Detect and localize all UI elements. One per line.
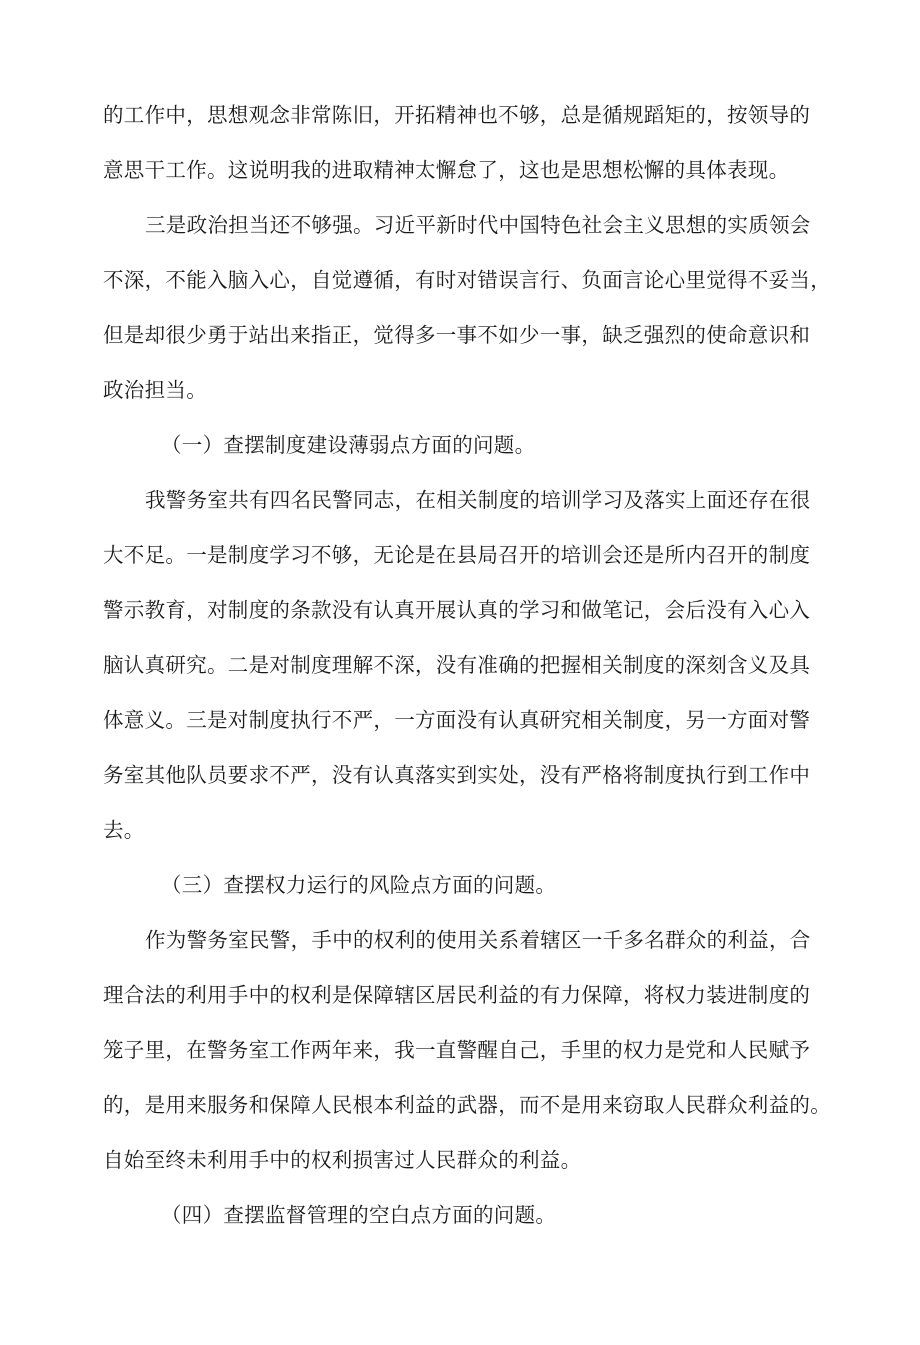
paragraph-political-responsibility: 三是政治担当还不够强。习近平新时代中国特色社会主义思想的实质领会 不深，不能入脑… xyxy=(103,206,823,426)
text-line: 自始至终未利用手中的权利损害过人民群众的利益。 xyxy=(103,1141,823,1196)
text-line: 理合法的利用手中的权利是保障辖区居民利益的有力保障，将权力装进制度的 xyxy=(103,976,823,1031)
text-line: 的，是用来服务和保障人民根本利益的武器，而不是用来窃取人民群众利益的。 xyxy=(103,1086,823,1141)
text-line: 三是政治担当还不够强。习近平新时代中国特色社会主义思想的实质领会 xyxy=(103,206,823,261)
text-line: 政治担当。 xyxy=(103,371,823,426)
section-heading-power-risk: （三）查摆权力运行的风险点方面的问题。 xyxy=(103,866,823,921)
text-line: 脑认真研究。二是对制度理解不深，没有准确的把握相关制度的深刻含义及具 xyxy=(103,646,823,701)
paragraph-system-building: 我警务室共有四名民警同志，在相关制度的培训学习及落实上面还存在很 大不足。一是制… xyxy=(103,481,823,866)
text-line: 去。 xyxy=(103,811,823,866)
section-heading-system-building: （一）查摆制度建设薄弱点方面的问题。 xyxy=(103,426,823,481)
text-line: 的工作中，思想观念非常陈旧，开拓精神也不够，总是循规蹈矩的，按领导的 xyxy=(103,96,823,151)
text-line: 务室其他队员要求不严，没有认真落实到实处，没有严格将制度执行到工作中 xyxy=(103,756,823,811)
text-line: 但是却很少勇于站出来指正，觉得多一事不如少一事，缺乏强烈的使命意识和 xyxy=(103,316,823,371)
text-line: 体意义。三是对制度执行不严，一方面没有认真研究相关制度，另一方面对警 xyxy=(103,701,823,756)
text-line: 作为警务室民警，手中的权利的使用关系着辖区一千多名群众的利益，合 xyxy=(103,921,823,976)
text-line: 笼子里，在警务室工作两年来，我一直警醒自己，手里的权力是党和人民赋予 xyxy=(103,1031,823,1086)
heading-text: （一）查摆制度建设薄弱点方面的问题。 xyxy=(103,426,823,481)
text-line: 我警务室共有四名民警同志，在相关制度的培训学习及落实上面还存在很 xyxy=(103,481,823,536)
paragraph-continuation: 的工作中，思想观念非常陈旧，开拓精神也不够，总是循规蹈矩的，按领导的 意思干工作… xyxy=(103,96,823,206)
text-line: 不深，不能入脑入心，自觉遵循，有时对错误言行、负面言论心里觉得不妥当， xyxy=(103,261,823,316)
text-line: 警示教育，对制度的条款没有认真开展认真的学习和做笔记，会后没有入心入 xyxy=(103,591,823,646)
heading-text: （四）查摆监督管理的空白点方面的问题。 xyxy=(103,1196,823,1251)
paragraph-power-risk: 作为警务室民警，手中的权利的使用关系着辖区一千多名群众的利益，合 理合法的利用手… xyxy=(103,921,823,1196)
document-page: 的工作中，思想观念非常陈旧，开拓精神也不够，总是循规蹈矩的，按领导的 意思干工作… xyxy=(103,96,823,1251)
heading-text: （三）查摆权力运行的风险点方面的问题。 xyxy=(103,866,823,921)
section-heading-supervision-gaps: （四）查摆监督管理的空白点方面的问题。 xyxy=(103,1196,823,1251)
text-line: 大不足。一是制度学习不够，无论是在县局召开的培训会还是所内召开的制度 xyxy=(103,536,823,591)
text-line: 意思干工作。这说明我的进取精神太懈怠了，这也是思想松懈的具体表现。 xyxy=(103,151,823,206)
